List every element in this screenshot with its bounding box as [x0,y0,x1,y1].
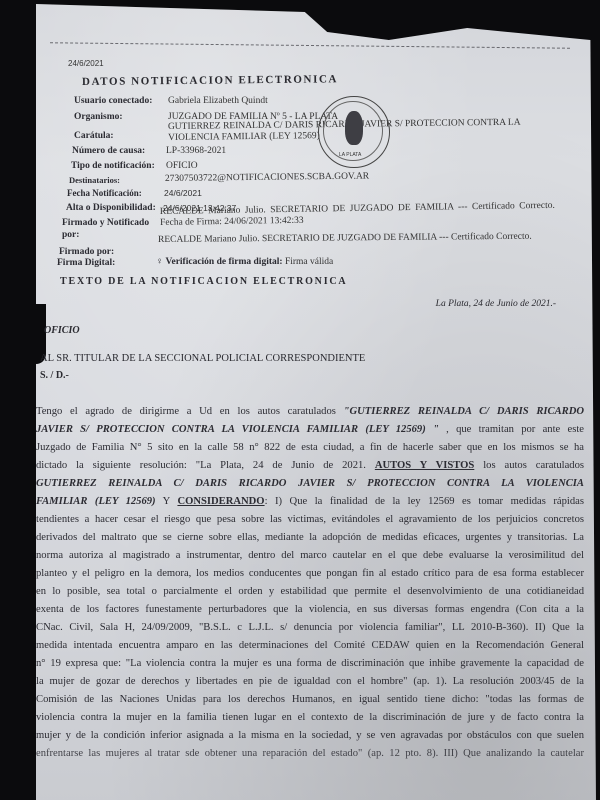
field-value-numero-causa: LP-33968-2021 [166,146,226,156]
signature-icon: ♀ [156,257,163,267]
field-value-tipo-notificacion: OFICIO [166,161,198,171]
field-label-alta: Alta o Disponibilidad: [66,203,156,213]
field-value-usuario: Gabriela Elizabeth Quindt [168,96,268,106]
body-text: Juzgado de Familia N° 5 sito en la calle… [36,442,584,453]
field-label-tipo-notificacion: Tipo de notificación: [71,161,155,171]
court-seal: LA PLATA [318,96,390,168]
body-line: CNac. Civil, Sala H, 24/09/2009, "B.S.L.… [36,619,584,637]
body-line: Tengo el agrado de dirigirme a Ud en los… [36,403,584,421]
body-line: planteo y el peligro en la demora, los m… [36,565,584,583]
body-line: Juzgado de Familia N° 5 sito en la calle… [36,439,584,457]
firma-digital-verification[interactable]: ♀ Verificación de firma digital: Firma v… [156,257,333,267]
field-label-firma-digital: Firma Digital: [57,258,115,268]
body-text: CNac. Civil, Sala H, 24/09/2009, "B.S.L.… [36,622,584,633]
addressee: AL SR. TITULAR DE LA SECCIONAL POLICIAL … [40,353,365,364]
section-heading-emphasis: AUTOS Y VISTOS [375,460,474,471]
field-value-fecha-notificacion: 24/6/2021 [164,188,202,198]
print-date: 24/6/2021 [68,59,104,68]
body-text: exenta de los factores funestamente pert… [36,604,584,615]
body-line: medida intentada encuentra amparo en las… [36,637,584,655]
field-label-organismo: Organismo: [74,112,123,122]
case-title-emphasis: GUTIERREZ REINALDA C/ DARIS RICARDO JAVI… [36,478,584,489]
notification-body: Tengo el agrado de dirigirme a Ud en los… [36,403,584,763]
body-text: violencia contra la mujer en la familia … [36,712,584,723]
verification-status: Firma válida [285,257,333,267]
case-title-emphasis: JAVIER S/ PROTECCION CONTRA LA VIOLENCIA… [36,424,439,435]
notification-text-title: TEXTO DE LA NOTIFICACION ELECTRONICA [60,276,347,287]
body-line: FAMILIAR (LEY 12569) Y CONSIDERANDO: I) … [36,493,584,511]
document-type: OFICIO [44,325,80,336]
body-text: Y [156,496,178,507]
field-label-destinatarios: Destinatarios: [69,175,120,185]
seal-label: LA PLATA [339,152,361,158]
body-line: n° 19 expresa que: "La violencia contra … [36,655,584,673]
field-label-fecha-notificacion: Fecha Notificación: [67,188,142,198]
body-line: tendientes a hacer cesar el riesgo que p… [36,511,584,529]
body-text: , que tramitan por ante este [439,424,584,435]
body-text: : I) Que la finalidad de la ley 12569 es… [265,496,584,507]
body-text: los autos caratulados [474,460,584,471]
salutation: S. / D.- [40,370,69,381]
body-text: la mujer de gozar de derechos y libertad… [36,676,584,687]
body-text: enfrentarse las mujeres al tratar sde ob… [36,748,584,759]
body-line: JAVIER S/ PROTECCION CONTRA LA VIOLENCIA… [36,421,584,439]
body-line: la mujer de gozar de derechos y libertad… [36,673,584,691]
field-label-usuario: Usuario conectado: [74,96,152,106]
field-label-firmado-por: Firmado por: [59,247,114,257]
field-label-numero-causa: Número de causa: [72,146,145,156]
body-line: en lo posible, sea total o parcialmente … [36,583,584,601]
body-text: medida intentada encuentra amparo en las… [36,640,584,651]
field-label-firmado-notificado: Firmado y Notificado por: [62,217,162,241]
body-text: Tengo el agrado de dirigirme a Ud en los… [36,406,344,417]
body-line: exenta de los factores funestamente pert… [36,601,584,619]
body-line: derivados del maltrato que se cierne sob… [36,529,584,547]
case-title-emphasis: FAMILIAR (LEY 12569) [36,496,156,507]
place-date: La Plata, 24 de Junio de 2021.- [436,299,556,309]
body-line: enfrentarse las mujeres al tratar sde ob… [36,745,584,763]
body-line: GUTIERREZ REINALDA C/ DARIS RICARDO JAVI… [36,475,584,493]
field-label-caratula: Carátula: [74,131,114,141]
body-text: tendientes a hacer cesar el riesgo que p… [36,514,584,525]
body-line: Comisión de las Naciones Unidas para los… [36,691,584,709]
case-title-emphasis: "GUTIERREZ REINALDA C/ DARIS RICARDO [344,406,584,417]
coat-of-arms-icon [345,111,363,145]
body-text: n° 19 expresa que: "La violencia contra … [36,658,584,669]
body-line: norma autoriza al magistrado a instrumen… [36,547,584,565]
body-text: planteo y el peligro en la demora, los m… [36,568,584,579]
body-text: mujer y de la condición inferior asignad… [36,730,584,741]
section-heading-emphasis: CONSIDERANDO [177,496,264,507]
body-text: en lo posible, sea total o parcialmente … [36,586,584,597]
body-text: norma autoriza al magistrado a instrumen… [36,550,584,561]
body-text: Comisión de las Naciones Unidas para los… [36,694,584,705]
verification-label: Verificación de firma digital: [166,257,283,267]
body-line: dictado la siguiente resolución: "La Pla… [36,457,584,475]
body-text: derivados del maltrato que se cierne sob… [36,532,584,543]
body-text: dictado la siguiente resolución: "La Pla… [36,460,375,471]
body-line: mujer y de la condición inferior asignad… [36,727,584,745]
body-line: violencia contra la mujer en la familia … [36,709,584,727]
